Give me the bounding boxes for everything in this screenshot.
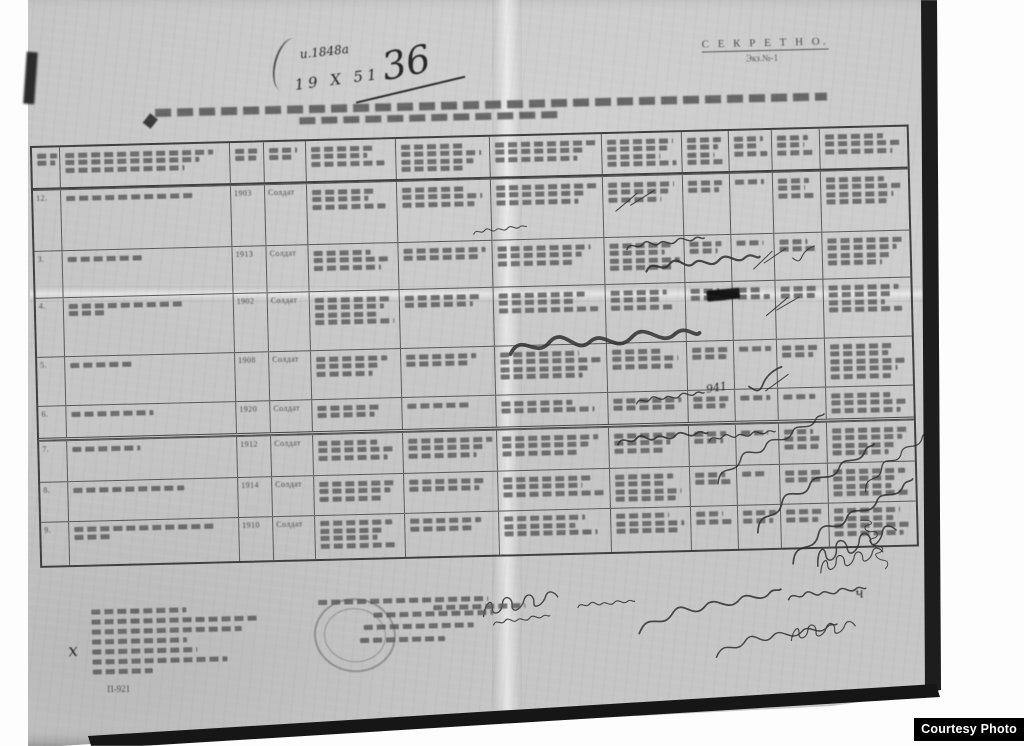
illegible-typed-line	[319, 480, 397, 487]
table-cell	[312, 398, 403, 431]
illegible-typed-line	[611, 289, 667, 295]
footer-signature-block	[0, 0, 1020, 1]
handwritten-annotation	[762, 245, 788, 267]
illegible-typed-line	[320, 495, 383, 502]
table-cell: 4.	[36, 298, 65, 357]
illegible-typed-line	[373, 609, 493, 617]
illegible-typed-line	[693, 403, 725, 409]
table-cell	[729, 130, 773, 171]
illegible-typed-line	[311, 153, 367, 159]
illegible-typed-line	[318, 412, 375, 418]
illegible-typed-line	[607, 145, 667, 151]
illegible-typed-line	[65, 157, 199, 165]
illegible-typed-line	[497, 244, 591, 251]
handwritten-annotation	[790, 244, 818, 266]
table-cell	[66, 402, 237, 437]
rank-label: Солдат	[269, 248, 304, 258]
illegible-typed-line	[407, 402, 471, 409]
illegible-typed-line	[401, 158, 473, 165]
illegible-typed-line	[782, 352, 813, 358]
table-cell	[401, 347, 496, 397]
table-cell	[64, 294, 235, 356]
illegible-typed-line	[406, 360, 468, 367]
row-number: 3.	[38, 254, 59, 264]
table-cell	[498, 469, 611, 510]
illegible-typed-line	[504, 529, 598, 536]
illegible-typed-line	[320, 519, 392, 526]
table-cell	[396, 137, 491, 179]
illegible-typed-line	[314, 256, 389, 263]
row-number: 9.	[44, 525, 65, 535]
illegible-typed-line	[37, 160, 55, 165]
illegible-typed-line	[504, 515, 585, 522]
illegible-typed-line	[402, 186, 464, 193]
illegible-typed-line	[311, 145, 374, 152]
illegible-typed-line	[735, 179, 764, 185]
table-cell	[610, 467, 691, 507]
illegible-typed-line	[315, 311, 377, 317]
table-cell	[773, 172, 822, 233]
illegible-typed-line	[404, 246, 486, 253]
birth-year: 1913	[236, 249, 263, 259]
table-cell	[602, 132, 683, 174]
illegible-typed-line	[495, 147, 586, 154]
illegible-typed-line	[321, 535, 378, 541]
secret-classification-label: С Е К Р Е Т Н О.	[701, 35, 828, 52]
paper-sheet: С Е К Р Е Т Н О. Экз.№-1 и.1848а 19 X 51…	[0, 0, 1024, 746]
table-cell: Солдат	[268, 292, 311, 351]
illegible-typed-line	[826, 183, 901, 190]
document-content: С Е К Р Е Т Н О. Экз.№-1 и.1848а 19 X 51…	[0, 0, 1024, 746]
illegible-typed-line	[502, 449, 579, 456]
table-cell: 1903	[231, 185, 266, 246]
illegible-typed-line	[410, 525, 474, 532]
handwritten-left-mark: х	[67, 641, 78, 662]
illegible-typed-line	[92, 637, 187, 644]
illegible-typed-line	[501, 399, 572, 406]
illegible-typed-line	[316, 355, 387, 362]
table-cell	[822, 231, 910, 279]
illegible-name-line	[66, 192, 196, 200]
birth-year: 1902	[237, 296, 264, 306]
illegible-typed-line	[615, 481, 666, 487]
table-cell	[611, 506, 692, 551]
illegible-typed-line	[312, 196, 368, 202]
illegible-typed-line	[607, 160, 676, 167]
illegible-typed-line	[830, 357, 905, 364]
row-number: 6.	[41, 409, 62, 419]
handwritten-annotation	[576, 594, 637, 613]
illegible-typed-line	[91, 615, 256, 624]
illegible-typed-line	[687, 152, 714, 158]
form-number: П-921	[107, 684, 130, 695]
rank-label: Солдат	[273, 403, 308, 413]
illegible-typed-line	[409, 452, 477, 459]
table-cell: 8.	[40, 482, 69, 521]
table-cell	[314, 474, 405, 515]
illegible-typed-line	[92, 656, 227, 664]
table-cell: Солдат	[266, 245, 309, 292]
illegible-typed-line	[92, 625, 242, 634]
table-cell	[405, 511, 500, 556]
illegible-typed-line	[825, 140, 900, 147]
illegible-typed-line	[828, 252, 890, 259]
table-cell	[68, 478, 239, 521]
illegible-name-line	[74, 524, 218, 533]
illegible-typed-line	[269, 147, 297, 153]
birth-year: 1908	[238, 355, 265, 365]
table-cell: 5.	[37, 357, 66, 406]
handwritten-date: 19 X 51	[294, 65, 382, 94]
illegible-typed-line	[402, 193, 482, 200]
illegible-typed-line	[496, 198, 578, 205]
illegible-typed-line	[781, 285, 819, 291]
illegible-typed-line	[235, 155, 256, 161]
illegible-typed-line	[696, 511, 723, 517]
illegible-name-line	[68, 255, 143, 262]
round-ink-stamp	[310, 594, 400, 677]
illegible-typed-line	[499, 306, 598, 313]
table-cell: 1920	[236, 401, 271, 433]
table-cell	[825, 337, 913, 387]
illegible-typed-line	[832, 426, 910, 433]
illegible-typed-line	[315, 318, 394, 325]
table-cell: Солдат	[272, 476, 315, 516]
illegible-typed-line	[37, 153, 57, 158]
table-cell	[403, 431, 498, 473]
illegible-typed-line	[318, 446, 394, 453]
illegible-typed-line	[616, 495, 676, 501]
illegible-typed-line	[687, 144, 718, 150]
illegible-typed-line	[402, 165, 466, 172]
table-cell	[683, 174, 731, 235]
table-cell: 1908	[235, 352, 270, 401]
illegible-typed-line	[777, 134, 808, 140]
illegible-typed-line	[734, 136, 763, 142]
rank-label: Солдат	[274, 438, 309, 448]
illegible-typed-line	[312, 203, 385, 210]
illegible-typed-line	[499, 299, 576, 306]
table-cell	[313, 433, 404, 475]
illegible-typed-line	[611, 304, 676, 311]
title-line-2	[299, 111, 563, 124]
illegible-typed-line	[616, 527, 677, 533]
table-cell	[492, 238, 605, 287]
illegible-typed-line	[615, 473, 673, 479]
illegible-typed-line	[503, 490, 604, 497]
illegible-typed-line	[318, 595, 488, 604]
table-cell: Солдат	[271, 435, 314, 476]
table-cell	[308, 243, 399, 291]
illegible-typed-line	[696, 518, 731, 524]
table-cell	[61, 186, 232, 250]
table-cell	[691, 505, 739, 549]
illegible-typed-line	[319, 487, 390, 494]
illegible-typed-line	[320, 527, 385, 534]
handwritten-annotations-layer	[0, 0, 1020, 1]
birth-year: 1912	[240, 439, 267, 449]
table-cell	[60, 143, 231, 187]
illegible-typed-line	[503, 475, 591, 482]
illegible-typed-line	[401, 150, 481, 157]
table-cell	[404, 472, 499, 513]
illegible-typed-line	[734, 143, 760, 149]
illegible-typed-line	[826, 198, 886, 204]
illegible-typed-line	[93, 668, 153, 674]
illegible-typed-line	[616, 520, 684, 527]
illegible-typed-line	[826, 190, 893, 197]
illegible-typed-line	[311, 160, 384, 167]
table-cell	[32, 147, 61, 188]
table-cell: 7.	[39, 441, 68, 482]
table-cell: Солдат	[273, 516, 316, 560]
illegible-typed-line	[778, 192, 814, 198]
illegible-typed-line	[739, 345, 772, 351]
illegible-typed-line	[409, 477, 487, 484]
copy-number-label: Экз.№-1	[746, 53, 778, 64]
rank-label: Солдат	[276, 519, 311, 529]
illegible-typed-line	[826, 176, 884, 182]
illegible-typed-line	[829, 306, 902, 313]
illegible-typed-line	[502, 441, 588, 448]
table-cell	[315, 513, 406, 558]
illegible-typed-line	[827, 236, 903, 243]
illegible-typed-line	[319, 454, 388, 461]
table-cell: 12.	[33, 190, 62, 251]
illegible-typed-line	[499, 291, 585, 298]
illegible-typed-line	[831, 373, 891, 379]
table-cell	[826, 385, 914, 418]
illegible-typed-line	[402, 201, 474, 208]
rank-label: Солдат	[268, 187, 303, 197]
illegible-typed-line	[314, 249, 371, 255]
illegible-typed-line	[782, 344, 817, 350]
illegible-typed-line	[738, 287, 762, 293]
illegible-typed-line	[317, 404, 382, 411]
handwritten-big-number: 36	[378, 36, 434, 89]
table-cell	[230, 142, 265, 183]
illegible-typed-line	[498, 252, 582, 259]
illegible-typed-line	[406, 353, 476, 360]
illegible-typed-line	[778, 185, 806, 191]
handwritten-annotation	[775, 292, 802, 315]
illegible-name-line	[74, 534, 113, 540]
illegible-typed-line	[269, 155, 294, 161]
illegible-typed-line	[314, 264, 381, 271]
table-cell	[497, 428, 610, 471]
table-cell	[311, 349, 402, 399]
illegible-typed-line	[316, 370, 372, 376]
illegible-typed-line	[607, 138, 674, 145]
illegible-typed-line	[825, 133, 883, 139]
illegible-typed-line	[409, 485, 479, 492]
row-number: 7.	[42, 444, 63, 454]
row-number: 12.	[36, 193, 57, 203]
table-cell	[402, 396, 497, 429]
illegible-name-line	[69, 310, 108, 316]
birth-year: 1910	[242, 520, 269, 530]
illegible-typed-line	[321, 542, 396, 549]
courtesy-photo-watermark: Courtesy Photo	[914, 718, 1024, 741]
table-cell	[310, 290, 401, 350]
scanned-document-photo: С Е К Р Е Т Н О. Экз.№-1 и.1848а 19 X 51…	[0, 0, 1024, 746]
illegible-typed-line	[688, 180, 723, 186]
table-cell: 9.	[41, 522, 70, 566]
table-cell: 1914	[238, 477, 273, 516]
illegible-typed-line	[831, 392, 890, 398]
table-cell: 1912	[237, 436, 272, 477]
handwritten-annotation	[628, 186, 656, 211]
table-cell: Солдат	[269, 351, 312, 400]
rank-label: Солдат	[275, 479, 310, 489]
illegible-typed-line	[92, 647, 197, 655]
illegible-typed-line	[235, 148, 258, 154]
illegible-typed-line	[831, 365, 898, 372]
illegible-typed-line	[777, 142, 805, 148]
illegible-typed-line	[405, 301, 473, 308]
handwritten-annotation	[763, 371, 790, 394]
illegible-typed-line	[495, 140, 596, 147]
row-number: 5.	[40, 360, 61, 370]
illegible-name-line	[73, 485, 184, 493]
illegible-typed-line	[312, 188, 375, 195]
table-cell	[730, 173, 774, 234]
illegible-typed-line	[829, 283, 900, 290]
illegible-typed-line	[687, 137, 722, 143]
birth-year: 1903	[234, 188, 261, 198]
illegible-name-line	[72, 445, 141, 452]
illegible-name-line	[69, 301, 186, 309]
illegible-typed-line	[831, 399, 907, 406]
illegible-name-line	[70, 361, 135, 368]
table-cell	[264, 141, 307, 182]
illegible-typed-line	[315, 296, 391, 303]
table-cell	[306, 139, 397, 181]
illegible-typed-line	[405, 294, 481, 301]
illegible-typed-line	[91, 607, 186, 614]
handwritten-annotation	[787, 616, 859, 645]
illegible-typed-line	[315, 303, 384, 310]
table-cell	[398, 241, 493, 289]
table-cell: 3.	[34, 251, 63, 298]
table-cell	[69, 518, 240, 565]
table-cell: 1913	[232, 246, 267, 293]
table-cell: Солдат	[270, 400, 313, 432]
table-cell	[682, 131, 730, 172]
illegible-typed-line	[318, 439, 377, 445]
handwritten-initial: ч	[854, 585, 865, 602]
table-cell: Солдат	[265, 184, 308, 245]
illegible-typed-line	[498, 259, 573, 266]
illegible-typed-line	[830, 342, 895, 349]
illegible-typed-line	[502, 434, 598, 441]
illegible-typed-line	[495, 155, 577, 162]
illegible-typed-line	[504, 522, 575, 529]
illegible-typed-line	[615, 488, 682, 495]
illegible-typed-line	[688, 187, 719, 193]
table-cell	[62, 247, 233, 297]
illegible-typed-line	[496, 190, 587, 197]
illegible-typed-line	[829, 291, 892, 298]
illegible-typed-line	[316, 363, 379, 370]
illegible-typed-line	[503, 483, 582, 490]
illegible-typed-line	[783, 393, 815, 399]
illegible-typed-line	[496, 183, 597, 190]
illegible-typed-line	[611, 297, 661, 303]
illegible-typed-line	[408, 436, 492, 443]
table-cell	[496, 393, 609, 427]
table-cell	[820, 127, 908, 169]
rank-label: Солдат	[271, 295, 306, 305]
table-cell	[772, 129, 821, 170]
table-cell	[307, 182, 398, 244]
illegible-name-line	[71, 410, 153, 417]
illegible-typed-line	[778, 177, 809, 183]
table-cell	[67, 437, 238, 481]
table-cell	[823, 278, 911, 338]
illegible-typed-line	[829, 299, 885, 305]
illegible-typed-line	[408, 444, 484, 451]
illegible-typed-line	[65, 165, 184, 173]
table-cell	[65, 353, 236, 405]
illegible-typed-line	[777, 149, 813, 155]
illegible-typed-line	[687, 159, 723, 165]
illegible-typed-line	[501, 406, 595, 413]
handwritten-registry-number: и.1848а	[299, 42, 350, 61]
illegible-typed-line	[501, 373, 583, 380]
illegible-typed-line	[616, 513, 669, 519]
footer-typed-block	[89, 602, 301, 680]
row-number: 4.	[39, 301, 60, 311]
table-cell	[821, 170, 909, 232]
table-cell: 6.	[38, 406, 67, 438]
illegible-typed-line	[832, 406, 901, 413]
rank-label: Солдат	[272, 354, 307, 364]
table-cell	[400, 288, 495, 348]
illegible-typed-line	[825, 147, 892, 154]
illegible-typed-line	[401, 143, 463, 150]
table-cell: 1910	[239, 517, 274, 561]
illegible-typed-line	[779, 239, 807, 245]
birth-year: 1914	[241, 480, 268, 490]
illegible-typed-line	[830, 350, 888, 356]
table-cell: 1902	[234, 293, 269, 352]
birth-year: 1920	[239, 404, 266, 414]
illegible-typed-line	[734, 150, 768, 156]
row-number: 8.	[43, 485, 64, 495]
table-cell	[490, 134, 603, 177]
illegible-typed-line	[828, 259, 882, 265]
table-cell	[499, 508, 612, 554]
illegible-typed-line	[410, 517, 481, 524]
illegible-typed-line	[607, 153, 660, 159]
illegible-typed-line	[404, 254, 478, 261]
illegible-typed-line	[828, 244, 897, 251]
